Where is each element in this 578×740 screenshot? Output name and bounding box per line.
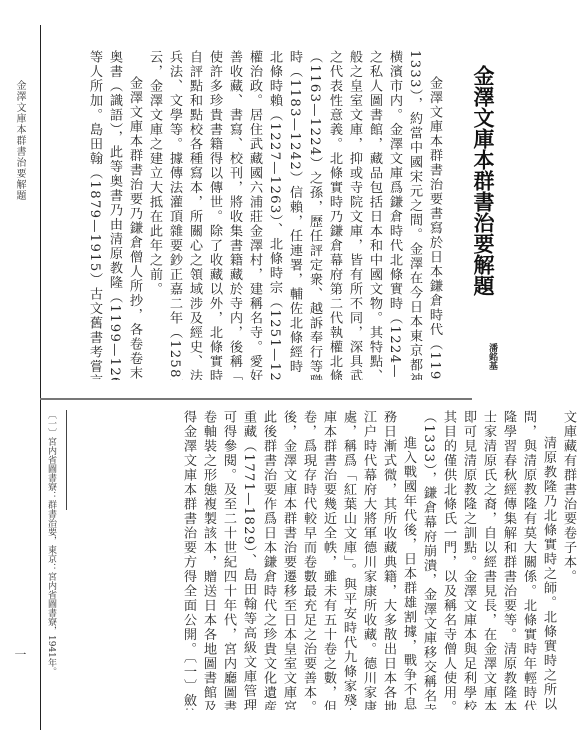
text-column: 士家清原氏之裔，自以經書見長，在金澤文庫本群書治要中， xyxy=(478,410,498,710)
text-column: 得金澤文庫本群書治要方得全面公開。〔一〕斂校中文系資料 xyxy=(178,410,198,710)
top-text-band: 金澤文庫本群書治要書寫於日本鎌倉時代（1192—1333），約當中國宋元之間。金… xyxy=(44,50,444,380)
text-column: 云，金澤文庫之建立大抵在此年之前。 xyxy=(144,50,164,380)
text-column: 進入戰國年代後，日本群雄割據，戰争不息，金澤文庫庫 xyxy=(398,410,418,710)
text-column: （1333），鎌倉幕府崩潰，金澤文庫移交稱名寺住持管理。 xyxy=(418,410,438,710)
text-column: 卷，爲現存時代較早而卷數最充足之治要善本。明治維新以 xyxy=(298,410,318,710)
text-column: 後，金澤文庫本群書治要遷移至日本皇室文庫宮内廳圖書寮。 xyxy=(278,410,298,710)
text-column: 卷軸裝之形態複製該本，贈送日本各地圖書館及研究機關，使 xyxy=(198,410,218,710)
footnote: 〔一〕宮内省圖書寮：群書治要，東京：宮内省圖書寮，1941年。 xyxy=(44,410,58,710)
text-column: 重藏（1771—1829）、島田翰等高級文庫管理人及著名學者才 xyxy=(238,410,258,710)
text-column: 時（1183—1242）信賴，任連署，輔佐北條經時（1224—1246）、 xyxy=(284,50,304,380)
text-column: 般之皇室文庫，抑或寺院文庫，皆有所不同，深具武士家文化 xyxy=(344,50,364,380)
text-column: 可得參閱。及至二十世紀四十年代，宮内廳圖書寮以珂羅版 xyxy=(218,410,238,710)
text-column: 清原教隆乃北條實時之師。北條實時之所以如此熱衷學 xyxy=(538,410,558,710)
text-column: 務日漸式微，其所收藏典籍，大多散出日本各地，其中不少爲 xyxy=(378,410,398,710)
text-column: 權治政。居住武藏國六浦莊金澤村，建稱名寺。愛好學問， xyxy=(244,50,264,380)
bottom-text-band: 文庫藏有群書治要卷子本。清原教隆乃北條實時之師。北條實時之所以如此熱衷學問，與清… xyxy=(50,410,578,710)
text-column: 即可見清原教隆之訓點。金澤文庫本與足利學校藏本不同， xyxy=(458,410,478,710)
page-title: 金澤文庫本群書治要解題 xyxy=(468,65,498,296)
document-page: 金澤文庫本群書治要解題 一 金澤文庫本群書治要解題 潘銘基 金澤文庫本群書治要書… xyxy=(0,0,578,740)
margin-rule xyxy=(40,25,41,730)
text-column: 之代表性意義。北條實時乃鎌倉幕府第二代執權北條義時 xyxy=(324,50,344,380)
text-column: 北條時賴（1227—1263）、北條時宗（1251—1284）三代幕府執 xyxy=(264,50,284,380)
text-column: 隆學習春秋經傳集解和群書治要等。清原教隆本人是明經博 xyxy=(498,410,518,710)
text-column: 等人所加。島田翰（1879—1915）古文舊書考嘗言日本金澤 xyxy=(84,50,104,380)
text-column: 處，稱爲「紅葉山文庫」。與平安時代九條家殘本不同，金澤文 xyxy=(338,410,358,710)
text-column: 奥書（識語），此等奥書乃由清原教隆（1199—1265）、北條實時 xyxy=(104,50,124,380)
band-divider xyxy=(40,398,472,400)
text-column: 善收藏、書寫、校刊，將收集書籍藏於寺内，後稱「金澤文庫」， xyxy=(224,50,244,380)
text-column: 問，與清原教隆有莫大關係。北條實時年輕時代即隨清原教 xyxy=(518,410,538,710)
text-column: 金澤文庫本群書治要乃鎌倉僧人所抄，各卷卷末多附有 xyxy=(124,50,144,380)
text-column: 其目的僅供北條氏一門，以及稱名寺僧人使用。弘元三年 xyxy=(438,410,458,710)
text-column: 自評點和點校各種寫本，所關心之領域涉及經史、法令、農政、 xyxy=(184,50,204,380)
running-head: 金澤文庫本群書治要解題 xyxy=(12,80,27,201)
footnotes: 〔一〕宮内省圖書寮：群書治要，東京：宮内省圖書寮，1941年。 xyxy=(44,410,58,710)
text-column: 金澤文庫本群書治要書寫於日本鎌倉時代（1192— xyxy=(424,50,444,380)
text-column: 庫本群書治要幾近全帙，雖未有五十卷之數，但亦有四十七 xyxy=(318,410,338,710)
text-column: 横濱市内。金澤文庫爲鎌倉時代北條實時（1224—1276）設立 xyxy=(384,50,404,380)
text-column: 兵法、文學等。據傳法灌頂雜要鈔正嘉二年（1258）識語所 xyxy=(164,50,184,380)
text-column: 1333），約當中國宋元之間。金澤在今日本東京都神奈川縣 xyxy=(404,50,424,380)
text-column: 江户時代幕府大將軍德川家康所收藏。德川家康有私人藏書 xyxy=(358,410,378,710)
page-number: 一 xyxy=(12,648,29,660)
text-column: 此後群書治要作爲日本鎌倉時代之珍貴文化遺産，只有近藤 xyxy=(258,410,278,710)
text-column: （1163—1224）之孫，歷任評定衆、越訴奉行等職，深受北條泰 xyxy=(304,50,324,380)
text-column: 使許多珍貴書籍得以傳世。除了收藏以外，北條實時更是親 xyxy=(204,50,224,380)
author-name: 潘銘基 xyxy=(486,343,499,370)
text-column: 文庫藏有群書治要卷子本。 xyxy=(558,410,578,710)
footnote-rule xyxy=(66,410,67,510)
text-column: 之私人圖書館，藏品包括日本和中國文物。其特點、性質與一 xyxy=(364,50,384,380)
